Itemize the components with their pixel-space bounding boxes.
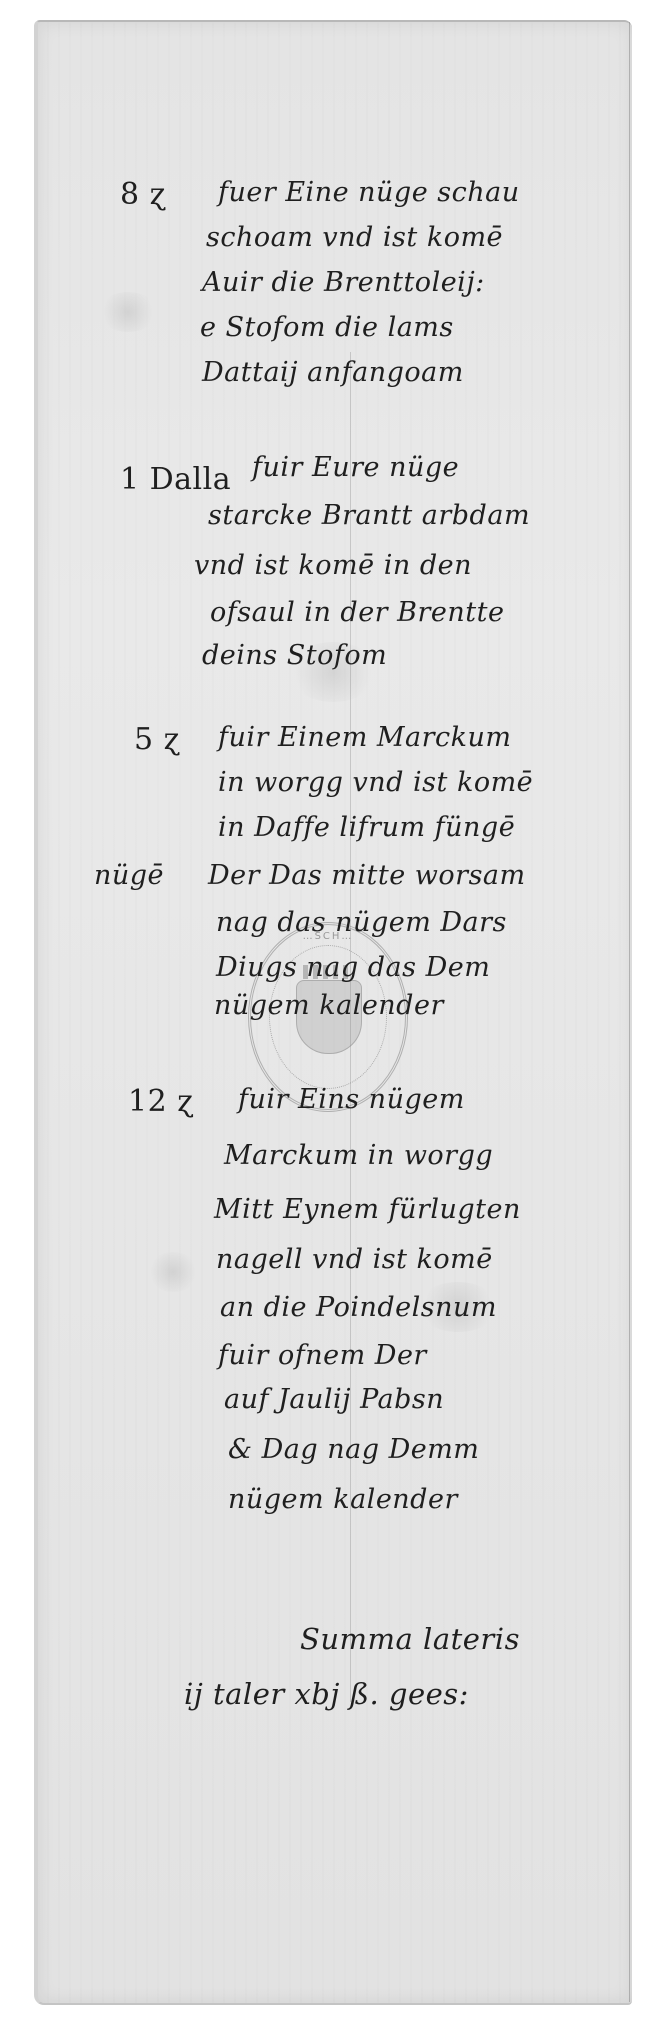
entry-line: nügem kalender xyxy=(214,990,444,1021)
entry-line: nag das nügem Dars xyxy=(216,907,507,938)
entry-line: nügem kalender xyxy=(228,1484,458,1515)
entry-line: Der Das mitte worsam xyxy=(208,860,526,891)
entry-line: Mitt Eynem fürlugten xyxy=(214,1194,521,1225)
entry-line: vnd ist komē in den xyxy=(194,550,472,581)
entry-line: fuir Eure nüge xyxy=(252,452,459,483)
entry-amount: 1 Dalla xyxy=(120,462,231,497)
entry-line: fuir Einem Marckum xyxy=(218,722,512,753)
entry-line: Dattaij anfangoam xyxy=(202,357,464,388)
entry-line: fuir Eins nügem xyxy=(238,1084,465,1115)
entry-line: an die Poindelsnum xyxy=(220,1292,497,1323)
entry-amount: 8 ɀ xyxy=(120,177,166,212)
summa-lateris-label: Summa lateris xyxy=(300,1622,520,1656)
entry-line: Marckum in worgg xyxy=(224,1140,493,1171)
paper-stain xyxy=(148,1252,198,1292)
entry-line: & Dag nag Demm xyxy=(228,1434,479,1465)
entry-line: Diugs nag das Dem xyxy=(216,952,490,983)
entry-line: nagell vnd ist komē xyxy=(216,1244,493,1275)
entry-line: fuir ofnem Der xyxy=(218,1340,427,1371)
entry-line: e Stofom die lams xyxy=(200,312,454,343)
margin-note: nügē xyxy=(94,860,164,891)
entry-line: in Daffe lifrum füngē xyxy=(218,812,515,843)
entry-line: in worgg vnd ist komē xyxy=(218,767,533,798)
manuscript-page: …SCH… 8 ɀ fuer Eine nüge schau schoam vn… xyxy=(34,20,632,2005)
right-fold-line xyxy=(629,22,630,2002)
entry-amount: 12 ɀ xyxy=(128,1084,194,1119)
entry-line: ofsaul in der Brentte xyxy=(210,597,504,628)
entry-line: starcke Brantt arbdam xyxy=(208,500,530,531)
entry-line: auf Jaulij Pabsn xyxy=(224,1384,444,1415)
page-total: ij taler xbj ß. gees: xyxy=(184,1677,469,1711)
entry-line: schoam vnd ist komē xyxy=(206,222,503,253)
entry-amount: 5 ɀ xyxy=(134,722,180,757)
entry-line: Auir die Brenttoleij: xyxy=(202,267,485,298)
paper-stain xyxy=(98,292,158,332)
entry-line: fuer Eine nüge schau xyxy=(218,177,520,208)
entry-line: deins Stofom xyxy=(202,640,387,671)
